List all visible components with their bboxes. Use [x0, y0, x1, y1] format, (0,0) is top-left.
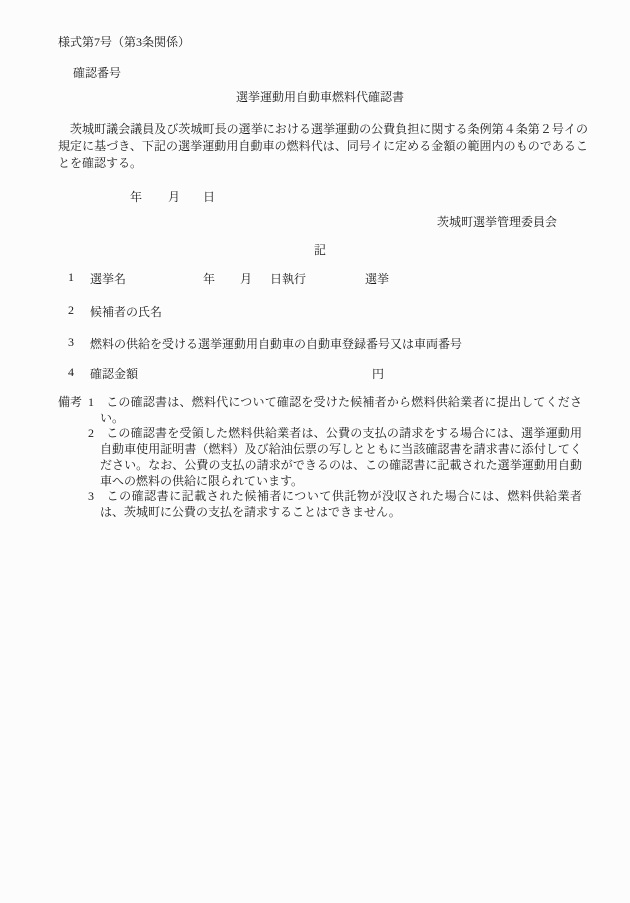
item-number: 3: [68, 335, 74, 350]
yen-unit-label: 円: [372, 365, 384, 382]
remark-item: 2この確認書を受領した燃料供給業者は、公費の支払の請求をする場合には、選挙運動用…: [88, 426, 582, 489]
item-number: 2: [68, 303, 74, 318]
item-number: 1: [68, 270, 74, 285]
remark-item: 3この確認書に記載された候補者について供託物が没収された場合には、燃料供給業者は…: [88, 489, 582, 520]
item-row-candidate-name: 2 候補者の氏名: [0, 303, 630, 319]
item-row-vehicle-number: 3 燃料の供給を受ける選挙運動用自動車の自動車登録番号又は車両番号: [0, 335, 630, 351]
remarks-label: 備考: [58, 395, 88, 411]
document-page: 様式第7号（第3条関係） 確認番号 選挙運動用自動車燃料代確認書 茨城町議会議員…: [0, 0, 630, 903]
confirmation-number-label: 確認番号: [73, 64, 121, 81]
remark-text: この確認書に記載された候補者について供託物が没収された場合には、燃料供給業者は、…: [100, 489, 582, 519]
day-label: 日: [203, 188, 215, 205]
form-number: 様式第7号（第3条関係）: [58, 33, 190, 50]
month-label: 月: [240, 270, 252, 287]
item-row-election-name: 1 選挙名 年 月 日執行 選挙: [0, 270, 630, 286]
item-label: 候補者の氏名: [90, 303, 162, 320]
remark-item: 1この確認書は、燃料代について確認を受けた候補者から燃料供給業者に提出してくださ…: [88, 395, 582, 426]
issuer-name: 茨城町選挙管理委員会: [437, 213, 557, 230]
item-label: 確認金額: [90, 365, 138, 382]
item-label: 燃料の供給を受ける選挙運動用自動車の自動車登録番号又は車両番号: [90, 335, 462, 352]
year-label: 年: [203, 270, 215, 287]
year-label: 年: [130, 188, 142, 205]
date-line: 年 月 日: [0, 188, 630, 204]
remark-number: 3: [88, 489, 94, 503]
remarks-section: 備考 1この確認書は、燃料代について確認を受けた候補者から燃料供給業者に提出して…: [58, 395, 582, 521]
section-heading: 記: [58, 241, 582, 258]
item-row-confirmed-amount: 4 確認金額 円: [0, 365, 630, 381]
body-paragraph: 茨城町議会議員及び茨城町長の選挙における選挙運動の公費負担に関する条例第４条第２…: [58, 121, 588, 172]
day-executed-label: 日執行: [270, 270, 306, 287]
remark-number: 2: [88, 426, 94, 440]
election-suffix-label: 選挙: [365, 270, 389, 287]
remark-text: この確認書は、燃料代について確認を受けた候補者から燃料供給業者に提出してください…: [100, 395, 582, 425]
remark-number: 1: [88, 395, 94, 409]
item-number: 4: [68, 365, 74, 380]
document-title: 選挙運動用自動車燃料代確認書: [58, 88, 582, 105]
item-label: 選挙名: [90, 270, 126, 287]
month-label: 月: [168, 188, 180, 205]
remarks-list: 1この確認書は、燃料代について確認を受けた候補者から燃料供給業者に提出してくださ…: [88, 395, 582, 521]
remark-text: この確認書を受領した燃料供給業者は、公費の支払の請求をする場合には、選挙運動用自…: [100, 426, 582, 487]
